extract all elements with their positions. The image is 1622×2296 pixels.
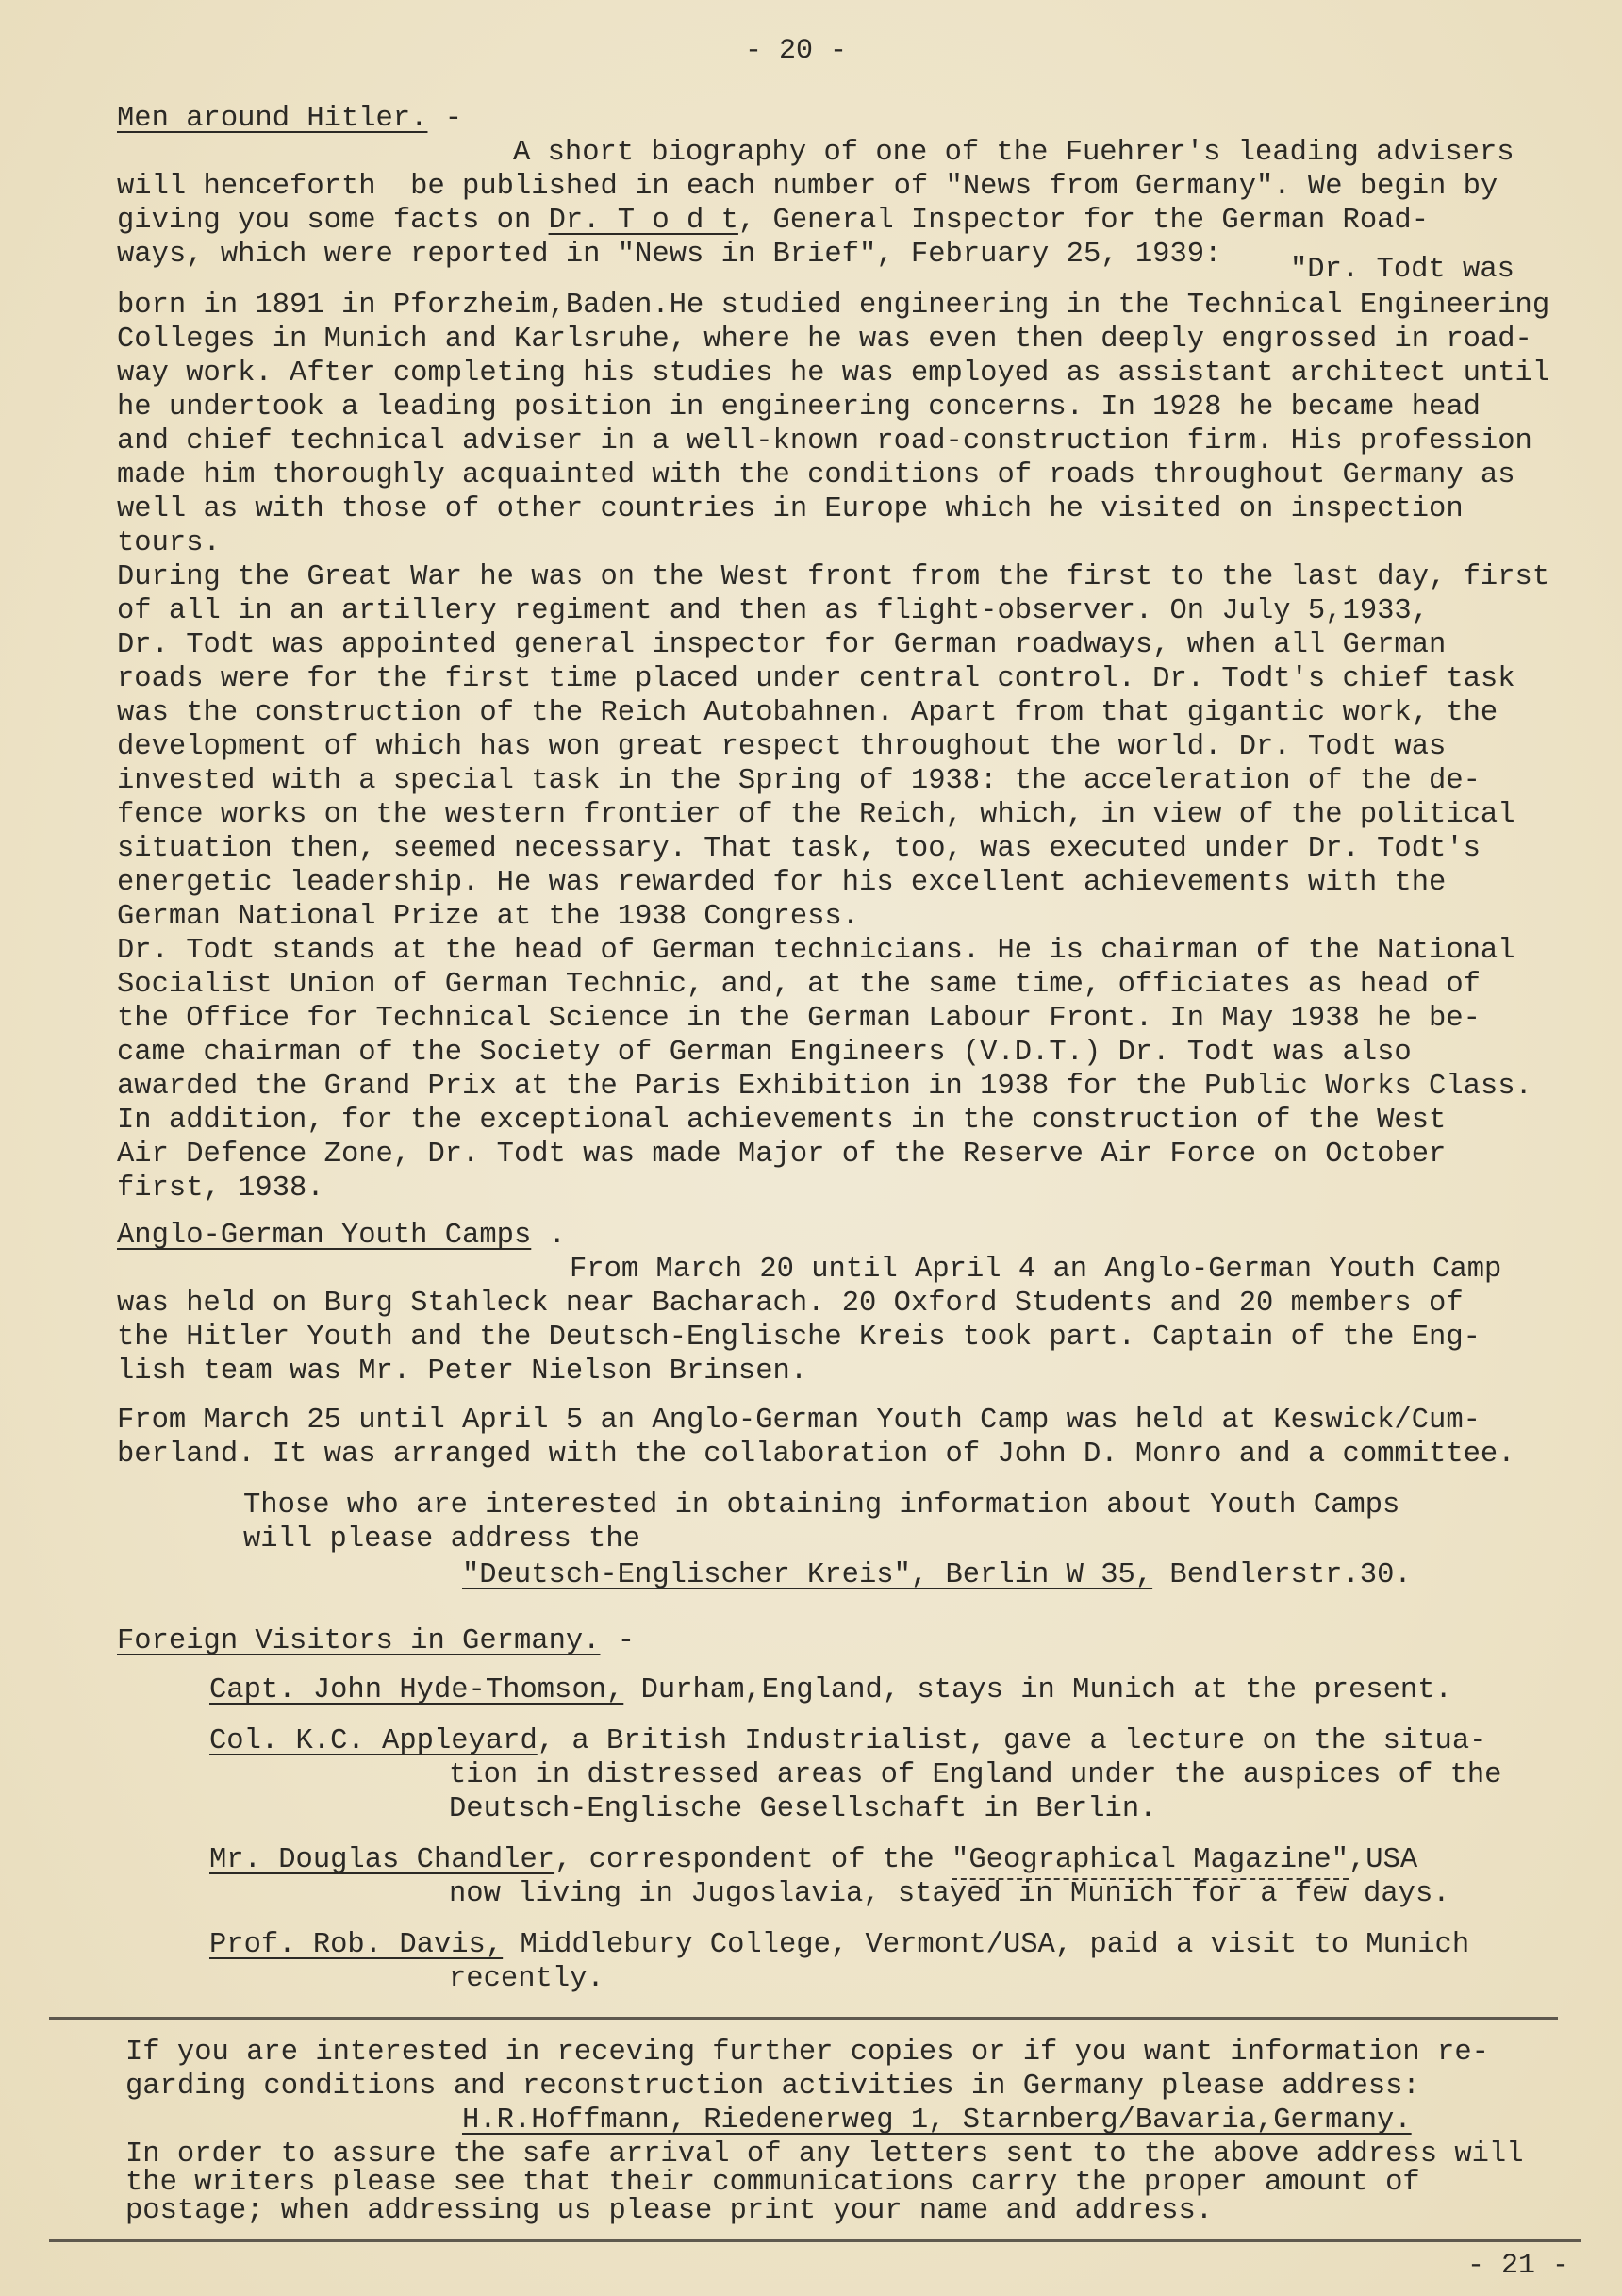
- body-line: Air Defence Zone, Dr. Todt was made Majo…: [117, 1138, 1446, 1172]
- address-underlined: "Deutsch-Englischer Kreis", Berlin W 35,: [462, 1559, 1152, 1591]
- section-heading-foreign-visitors: Foreign Visitors in Germany. -: [117, 1624, 635, 1658]
- body-line: berland. It was arranged with the collab…: [117, 1438, 1515, 1472]
- address-rest: Bendlerstr.30.: [1152, 1559, 1412, 1591]
- body-line: invested with a special task in the Spri…: [117, 764, 1481, 798]
- visitor-text: tion in distressed areas of England unde…: [449, 1758, 1501, 1792]
- visitor-text: ,USA: [1349, 1844, 1417, 1876]
- body-line: well as with those of other countries in…: [117, 492, 1464, 526]
- body-line: he undertook a leading position in engin…: [117, 391, 1481, 424]
- magazine-title: "Geographical Magazine": [952, 1844, 1349, 1880]
- visitor-name: Capt. John Hyde-Thomson,: [209, 1674, 623, 1706]
- body-line: German National Prize at the 1938 Congre…: [117, 900, 859, 934]
- info-line: Those who are interested in obtaining in…: [243, 1489, 1399, 1522]
- footer-line: garding conditions and reconstruction ac…: [125, 2070, 1420, 2104]
- visitor-entry: Col. K.C. Appleyard, a British Industria…: [209, 1724, 1486, 1758]
- body-line: fence works on the western frontier of t…: [117, 798, 1515, 832]
- heading-suffix: .: [531, 1220, 566, 1252]
- intro-text: giving you some facts on: [117, 205, 549, 237]
- visitor-name: Col. K.C. Appleyard: [209, 1725, 538, 1757]
- body-line: During the Great War he was on the West …: [117, 560, 1549, 594]
- body-line: the Office for Technical Science in the …: [117, 1002, 1481, 1036]
- footer-line: postage; when addressing us please print…: [125, 2194, 1213, 2228]
- heading-text: Anglo-German Youth Camps: [117, 1220, 531, 1252]
- visitor-text: , a British Industrialist, gave a lectur…: [538, 1725, 1487, 1757]
- footer-line: If you are interested in receving furthe…: [125, 2036, 1489, 2070]
- visitor-text: recently.: [449, 1962, 604, 1996]
- body-line: Dr. Todt was appointed general inspector…: [117, 628, 1446, 662]
- heading-text: Men around Hitler.: [117, 103, 427, 135]
- intro-line: will henceforth be published in each num…: [117, 170, 1498, 204]
- document-page: - 20 - Men around Hitler. - A short biog…: [0, 0, 1622, 2296]
- info-line: will please address the: [243, 1522, 640, 1556]
- body-line: Colleges in Munich and Karlsruhe, where …: [117, 323, 1532, 357]
- body-line: Dr. Todt stands at the head of German te…: [117, 934, 1515, 968]
- body-line: In addition, for the exceptional achieve…: [117, 1104, 1446, 1138]
- body-line: the Hitler Youth and the Deutsch-Englisc…: [117, 1321, 1481, 1355]
- section-heading-men-around-hitler: Men around Hitler. -: [117, 102, 462, 136]
- visitor-text: Deutsch-Englische Gesellschaft in Berlin…: [449, 1792, 1156, 1826]
- body-line: came chairman of the Society of German E…: [117, 1036, 1412, 1070]
- intro-line: ways, which were reported in "News in Br…: [117, 238, 1221, 272]
- dr-todt-underlined: Dr. T o d t: [549, 205, 738, 237]
- youth-camp-address: "Deutsch-Englischer Kreis", Berlin W 35,…: [462, 1558, 1412, 1592]
- bottom-page-number: - 21 -: [1467, 2249, 1569, 2283]
- body-line: tours.: [117, 526, 221, 560]
- intro-text: , General Inspector for the German Road-: [738, 205, 1429, 237]
- body-line: first, 1938.: [117, 1172, 324, 1206]
- visitor-text: , correspondent of the: [554, 1844, 952, 1876]
- body-line: roads were for the first time placed und…: [117, 662, 1515, 696]
- section-heading-youth-camps: Anglo-German Youth Camps .: [117, 1219, 566, 1253]
- heading-text: Foreign Visitors in Germany.: [117, 1625, 600, 1657]
- body-line: Socialist Union of German Technic, and, …: [117, 968, 1481, 1002]
- visitor-text: Middlebury College, Vermont/USA, paid a …: [503, 1929, 1469, 1961]
- intro-line: A short biography of one of the Fuehrer'…: [513, 136, 1514, 170]
- address-underlined: H.R.Hoffmann, Riedenerweg 1, Starnberg/B…: [462, 2105, 1412, 2137]
- body-line: born in 1891 in Pforzheim,Baden.He studi…: [117, 289, 1549, 323]
- heading-suffix: -: [600, 1625, 635, 1657]
- body-line: development of which has won great respe…: [117, 730, 1446, 764]
- body-line: was the construction of the Reich Autoba…: [117, 696, 1498, 730]
- visitor-entry: Mr. Douglas Chandler, correspondent of t…: [209, 1843, 1417, 1877]
- body-line: was held on Burg Stahleck near Bacharach…: [117, 1287, 1464, 1321]
- quote-start: "Dr. Todt was: [1290, 253, 1514, 287]
- visitor-name: Prof. Rob. Davis,: [209, 1929, 503, 1961]
- footer-address: H.R.Hoffmann, Riedenerweg 1, Starnberg/B…: [462, 2104, 1412, 2138]
- visitor-entry: Prof. Rob. Davis, Middlebury College, Ve…: [209, 1928, 1469, 1962]
- separator-line: [49, 2017, 1558, 2020]
- body-line: situation then, seemed necessary. That t…: [117, 832, 1481, 866]
- heading-suffix: -: [427, 103, 462, 135]
- body-line: awarded the Grand Prix at the Paris Exhi…: [117, 1070, 1532, 1104]
- body-line: and chief technical adviser in a well-kn…: [117, 424, 1532, 458]
- bottom-separator-line: [49, 2239, 1581, 2242]
- body-line: way work. After completing his studies h…: [117, 357, 1549, 391]
- body-line: From March 20 until April 4 an Anglo-Ger…: [570, 1253, 1501, 1287]
- body-line: From March 25 until April 5 an Anglo-Ger…: [117, 1404, 1481, 1438]
- visitor-entry: Capt. John Hyde-Thomson, Durham,England,…: [209, 1673, 1452, 1707]
- body-line: lish team was Mr. Peter Nielson Brinsen.: [117, 1355, 807, 1389]
- body-line: made him thoroughly acquainted with the …: [117, 458, 1515, 492]
- visitor-text: now living in Jugoslavia, stayed in Muni…: [449, 1877, 1450, 1911]
- top-page-number: - 20 -: [745, 34, 847, 68]
- body-line: energetic leadership. He was rewarded fo…: [117, 866, 1446, 900]
- visitor-text: Durham,England, stays in Munich at the p…: [623, 1674, 1452, 1706]
- visitor-name: Mr. Douglas Chandler: [209, 1844, 554, 1876]
- body-line: of all in an artillery regiment and then…: [117, 594, 1429, 628]
- intro-line: giving you some facts on Dr. T o d t, Ge…: [117, 204, 1429, 238]
